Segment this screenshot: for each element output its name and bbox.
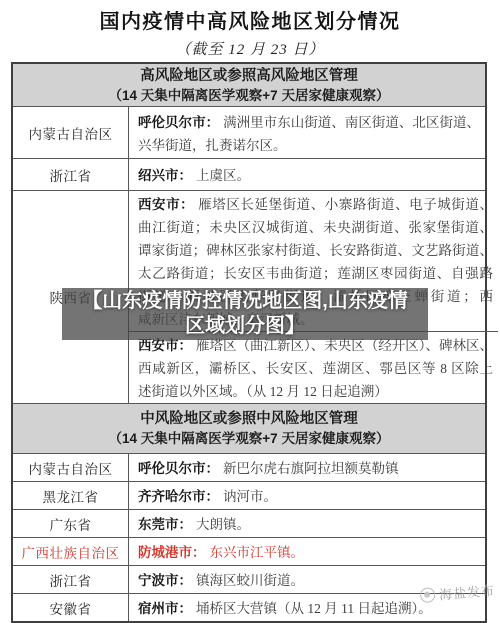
caption-line2: 区域划分图】: [185, 314, 305, 339]
city-label: 呼伦贝尔市：: [138, 115, 219, 130]
area-line: 兴华街道，扎赉诺尔区。: [138, 134, 480, 157]
area-line: 齐齐哈尔市：讷河市。: [138, 485, 480, 508]
area-text: 镇海区蛟川街道。: [196, 573, 304, 588]
table-row: 安徽省 宿州市：埇桥区大营镇（从 12 月 11 日起追溯）。: [13, 593, 485, 621]
city-label: 防城港市：: [138, 545, 206, 560]
city-label: 宁波市：: [138, 573, 192, 588]
area-text: 满洲里市东山街道、南区街道、北区街道、: [223, 115, 480, 130]
table-row: 内蒙古自治区 呼伦贝尔市：新巴尔虎右旗阿拉坦额莫勒镇: [13, 453, 485, 481]
table-row: 黑龙江省 齐齐哈尔市：讷河市。: [13, 481, 485, 509]
page-subtitle: （截至 12 月 23 日）: [0, 38, 500, 59]
area-cell: 西安市：雁塔区（曲江新区）、未央区（经开区）、碑林区、 西咸新区，灞桥区、长安区…: [129, 331, 498, 403]
province-cell: 广东省: [13, 510, 129, 537]
caption-line1: 【山东疫情防控情况地区图,山东疫情: [82, 289, 408, 314]
area-text: 大朗镇。: [196, 517, 250, 532]
high-risk-header-subtitle: （14 天集中隔离医学观察+7 天居家健康观察）: [109, 86, 390, 105]
province-cell: 内蒙古自治区: [13, 107, 129, 158]
province-cell: 浙江省: [13, 566, 129, 593]
medium-risk-header-title: 中风险地区或参照中风险地区管理: [140, 409, 358, 429]
table-row: 广东省 东莞市：大朗镇。: [13, 509, 485, 537]
area-text: 东兴市江平镇。: [210, 545, 305, 560]
area-text: 讷河市。: [223, 489, 277, 504]
area-line: 曲江街道；未央区汉城街道、未央湖街道、张家堡街道、: [138, 216, 493, 239]
area-line: 绍兴市：上虞区。: [138, 164, 480, 187]
area-line: 太乙路街道；长安区韦曲街道；莲湖区枣园街道、自强路: [138, 262, 493, 285]
article-image: 国内疫情中高风险地区划分情况 （截至 12 月 23 日） 高风险地区或参照高风…: [0, 0, 500, 623]
medium-risk-header-subtitle: （14 天集中隔离医学观察+7 天居家健康观察）: [109, 429, 390, 448]
area-text: 新巴尔虎右旗阿拉坦额莫勒镇: [223, 461, 399, 476]
area-line: 东莞市：大朗镇。: [138, 513, 480, 536]
caption-overlay: 【山东疫情防控情况地区图,山东疫情 区域划分图】: [62, 288, 428, 340]
medium-risk-section-header: 中风险地区或参照中风险地区管理 （14 天集中隔离医学观察+7 天居家健康观察）: [13, 403, 485, 453]
city-label: 西安市：: [138, 197, 194, 212]
province-cell: 内蒙古自治区: [13, 454, 129, 481]
city-label: 绍兴市：: [138, 168, 192, 183]
table-row-highlighted: 广西壮族自治区 防城港市：东兴市江平镇。: [13, 537, 485, 565]
area-text: 上虞区。: [196, 168, 250, 183]
publisher-watermark-text: 海盐发布: [438, 580, 495, 604]
area-line: 防城港市：东兴市江平镇。: [138, 541, 480, 564]
risk-table: 高风险地区或参照高风险地区管理 （14 天集中隔离医学观察+7 天居家健康观察）…: [11, 62, 487, 623]
city-label: 呼伦贝尔市：: [138, 461, 219, 476]
area-text: 雁塔区（曲江新区）、未央区（经开区）、碑林区、: [196, 338, 493, 353]
city-label: 西安市：: [138, 338, 192, 353]
area-text: 埇桥区大营镇（从 12 月 11 日起追溯）。: [196, 601, 432, 616]
city-label: 宿州市：: [138, 601, 192, 616]
province-cell: 黑龙江省: [13, 482, 129, 509]
high-risk-section-header: 高风险地区或参照高风险地区管理 （14 天集中隔离医学观察+7 天居家健康观察）: [13, 64, 485, 106]
city-label: 东莞市：: [138, 517, 192, 532]
province-cell: 安徽省: [13, 594, 129, 621]
table-row: 内蒙古自治区 呼伦贝尔市：满洲里市东山街道、南区街道、北区街道、 兴华街道，扎赉…: [13, 106, 485, 158]
publisher-logo-icon: [419, 587, 435, 603]
high-risk-header-title: 高风险地区或参照高风险地区管理: [140, 66, 358, 86]
area-line: 呼伦贝尔市：满洲里市东山街道、南区街道、北区街道、: [138, 111, 480, 134]
city-label: 齐齐哈尔市：: [138, 489, 219, 504]
area-cell: 齐齐哈尔市：讷河市。: [129, 482, 485, 509]
page-title: 国内疫情中高风险地区划分情况: [0, 5, 500, 34]
table-row: 浙江省 宁波市：镇海区蛟川街道。: [13, 565, 485, 593]
area-line: 西咸新区，灞桥区、长安区、莲湖区、鄠邑区等 8 区除上: [138, 357, 493, 380]
province-cell: 广西壮族自治区: [13, 538, 129, 565]
area-cell: 呼伦贝尔市：新巴尔虎右旗阿拉坦额莫勒镇: [129, 454, 485, 481]
area-line: 呼伦贝尔市：新巴尔虎右旗阿拉坦额莫勒镇: [138, 457, 480, 480]
area-cell: 东莞市：大朗镇。: [129, 510, 485, 537]
area-text: 雁塔区长延堡街道、小寨路街道、电子城街道、: [198, 197, 493, 212]
area-line: 西安市：雁塔区长延堡街道、小寨路街道、电子城街道、: [138, 193, 493, 216]
area-cell: 绍兴市：上虞区。: [129, 159, 485, 190]
province-cell: 浙江省: [13, 159, 129, 190]
area-line: 述街道以外区域。（从 12 月 12 日起追溯）: [138, 380, 493, 403]
area-line: 谭家街道；碑林区张家村街道、长安路街道、文艺路街道、: [138, 239, 493, 262]
area-cell: 呼伦贝尔市：满洲里市东山街道、南区街道、北区街道、 兴华街道，扎赉诺尔区。: [129, 107, 485, 158]
table-row: 浙江省 绍兴市：上虞区。: [13, 158, 485, 190]
area-cell: 防城港市：东兴市江平镇。: [129, 538, 485, 565]
